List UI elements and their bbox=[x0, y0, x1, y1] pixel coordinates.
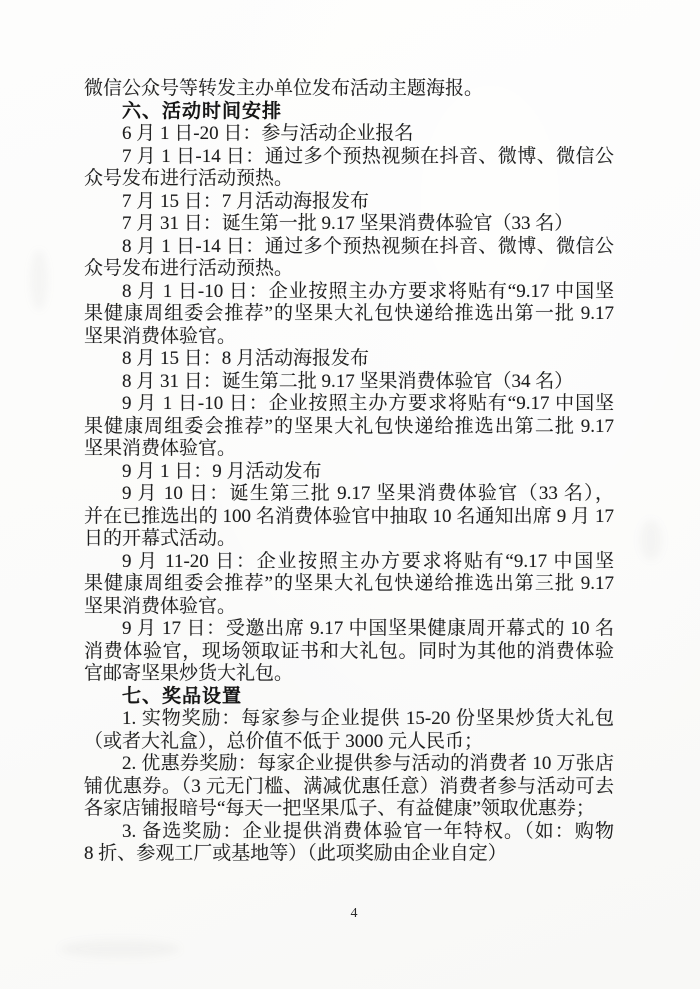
scan-smudge bbox=[30, 250, 48, 310]
text-line: 众号发布进行活动预热。 bbox=[84, 258, 614, 281]
scanned-document-page: 微信公众号等转发主办单位发布活动主题海报。六、活动时间安排6 月 1 日-20 … bbox=[0, 0, 700, 989]
text-line: 9 月 1 日-10 日：企业按照主办方要求将贴有“9.17 中国坚 bbox=[84, 393, 614, 416]
text-line: 2. 优惠券奖励：每家企业提供参与活动的消费者 10 万张店 bbox=[84, 753, 614, 776]
text-line: 8 月 1 日-10 日：企业按照主办方要求将贴有“9.17 中国坚 bbox=[84, 281, 614, 304]
text-line: 8 折、参观工厂或基地等）（此项奖励由企业自定） bbox=[84, 843, 614, 866]
scan-smudge bbox=[640, 520, 662, 560]
text-line: 9 月 17 日：受邀出席 9.17 中国坚果健康周开幕式的 10 名 bbox=[84, 618, 614, 641]
text-line: 众号发布进行活动预热。 bbox=[84, 168, 614, 191]
text-line: 7 月 15 日：7 月活动海报发布 bbox=[84, 191, 614, 214]
text-line: 微信公众号等转发主办单位发布活动主题海报。 bbox=[84, 78, 614, 101]
text-line: 铺优惠券。（3 元无门槛、满减优惠任意）消费者参与活动可去 bbox=[84, 776, 614, 799]
text-line: 坚果消费体验官。 bbox=[84, 596, 614, 619]
text-line: 9 月 1 日：9 月活动发布 bbox=[84, 461, 614, 484]
text-line: 果健康周组委会推荐”的坚果大礼包快递给推选出第二批 9.17 bbox=[84, 416, 614, 439]
text-line: 日的开幕式活动。 bbox=[84, 528, 614, 551]
text-line: 1. 实物奖励：每家参与企业提供 15-20 份坚果炒货大礼包 bbox=[84, 708, 614, 731]
text-line: 7 月 31 日：诞生第一批 9.17 坚果消费体验官（33 名） bbox=[84, 213, 614, 236]
text-line: 9 月 10 日：诞生第三批 9.17 坚果消费体验官（33 名）， bbox=[84, 483, 614, 506]
text-line: 果健康周组委会推荐”的坚果大礼包快递给推选出第一批 9.17 bbox=[84, 303, 614, 326]
text-line: 8 月 15 日：8 月活动海报发布 bbox=[84, 348, 614, 371]
text-line: 果健康周组委会推荐”的坚果大礼包快递给推选出第三批 9.17 bbox=[84, 573, 614, 596]
section-heading: 六、活动时间安排 bbox=[84, 101, 614, 124]
text-line: 消费体验官，现场领取证书和大礼包。同时为其他的消费体验 bbox=[84, 641, 614, 664]
text-line: 8 月 1 日-14 日：通过多个预热视频在抖音、微博、微信公 bbox=[84, 236, 614, 259]
text-line: （或者大礼盒），总价值不低于 3000 元人民币； bbox=[84, 731, 614, 754]
text-line: 3. 备选奖励：企业提供消费体验官一年特权。（如：购物 bbox=[84, 821, 614, 844]
text-line: 并在已推选出的 100 名消费体验官中抽取 10 名通知出席 9 月 17 bbox=[84, 506, 614, 529]
text-line: 官邮寄坚果炒货大礼包。 bbox=[84, 663, 614, 686]
text-line: 坚果消费体验官。 bbox=[84, 438, 614, 461]
document-body: 微信公众号等转发主办单位发布活动主题海报。六、活动时间安排6 月 1 日-20 … bbox=[84, 78, 614, 866]
scan-smudge bbox=[60, 940, 180, 958]
text-line: 坚果消费体验官。 bbox=[84, 326, 614, 349]
page-number: 4 bbox=[0, 906, 700, 922]
text-line: 8 月 31 日：诞生第二批 9.17 坚果消费体验官（34 名） bbox=[84, 371, 614, 394]
section-heading: 七、奖品设置 bbox=[84, 686, 614, 709]
text-line: 6 月 1 日-20 日：参与活动企业报名 bbox=[84, 123, 614, 146]
text-line: 7 月 1 日-14 日：通过多个预热视频在抖音、微博、微信公 bbox=[84, 146, 614, 169]
text-line: 9 月 11-20 日：企业按照主办方要求将贴有“9.17 中国坚 bbox=[84, 551, 614, 574]
text-line: 各家店铺报暗号“每天一把坚果瓜子、有益健康”领取优惠券； bbox=[84, 798, 614, 821]
